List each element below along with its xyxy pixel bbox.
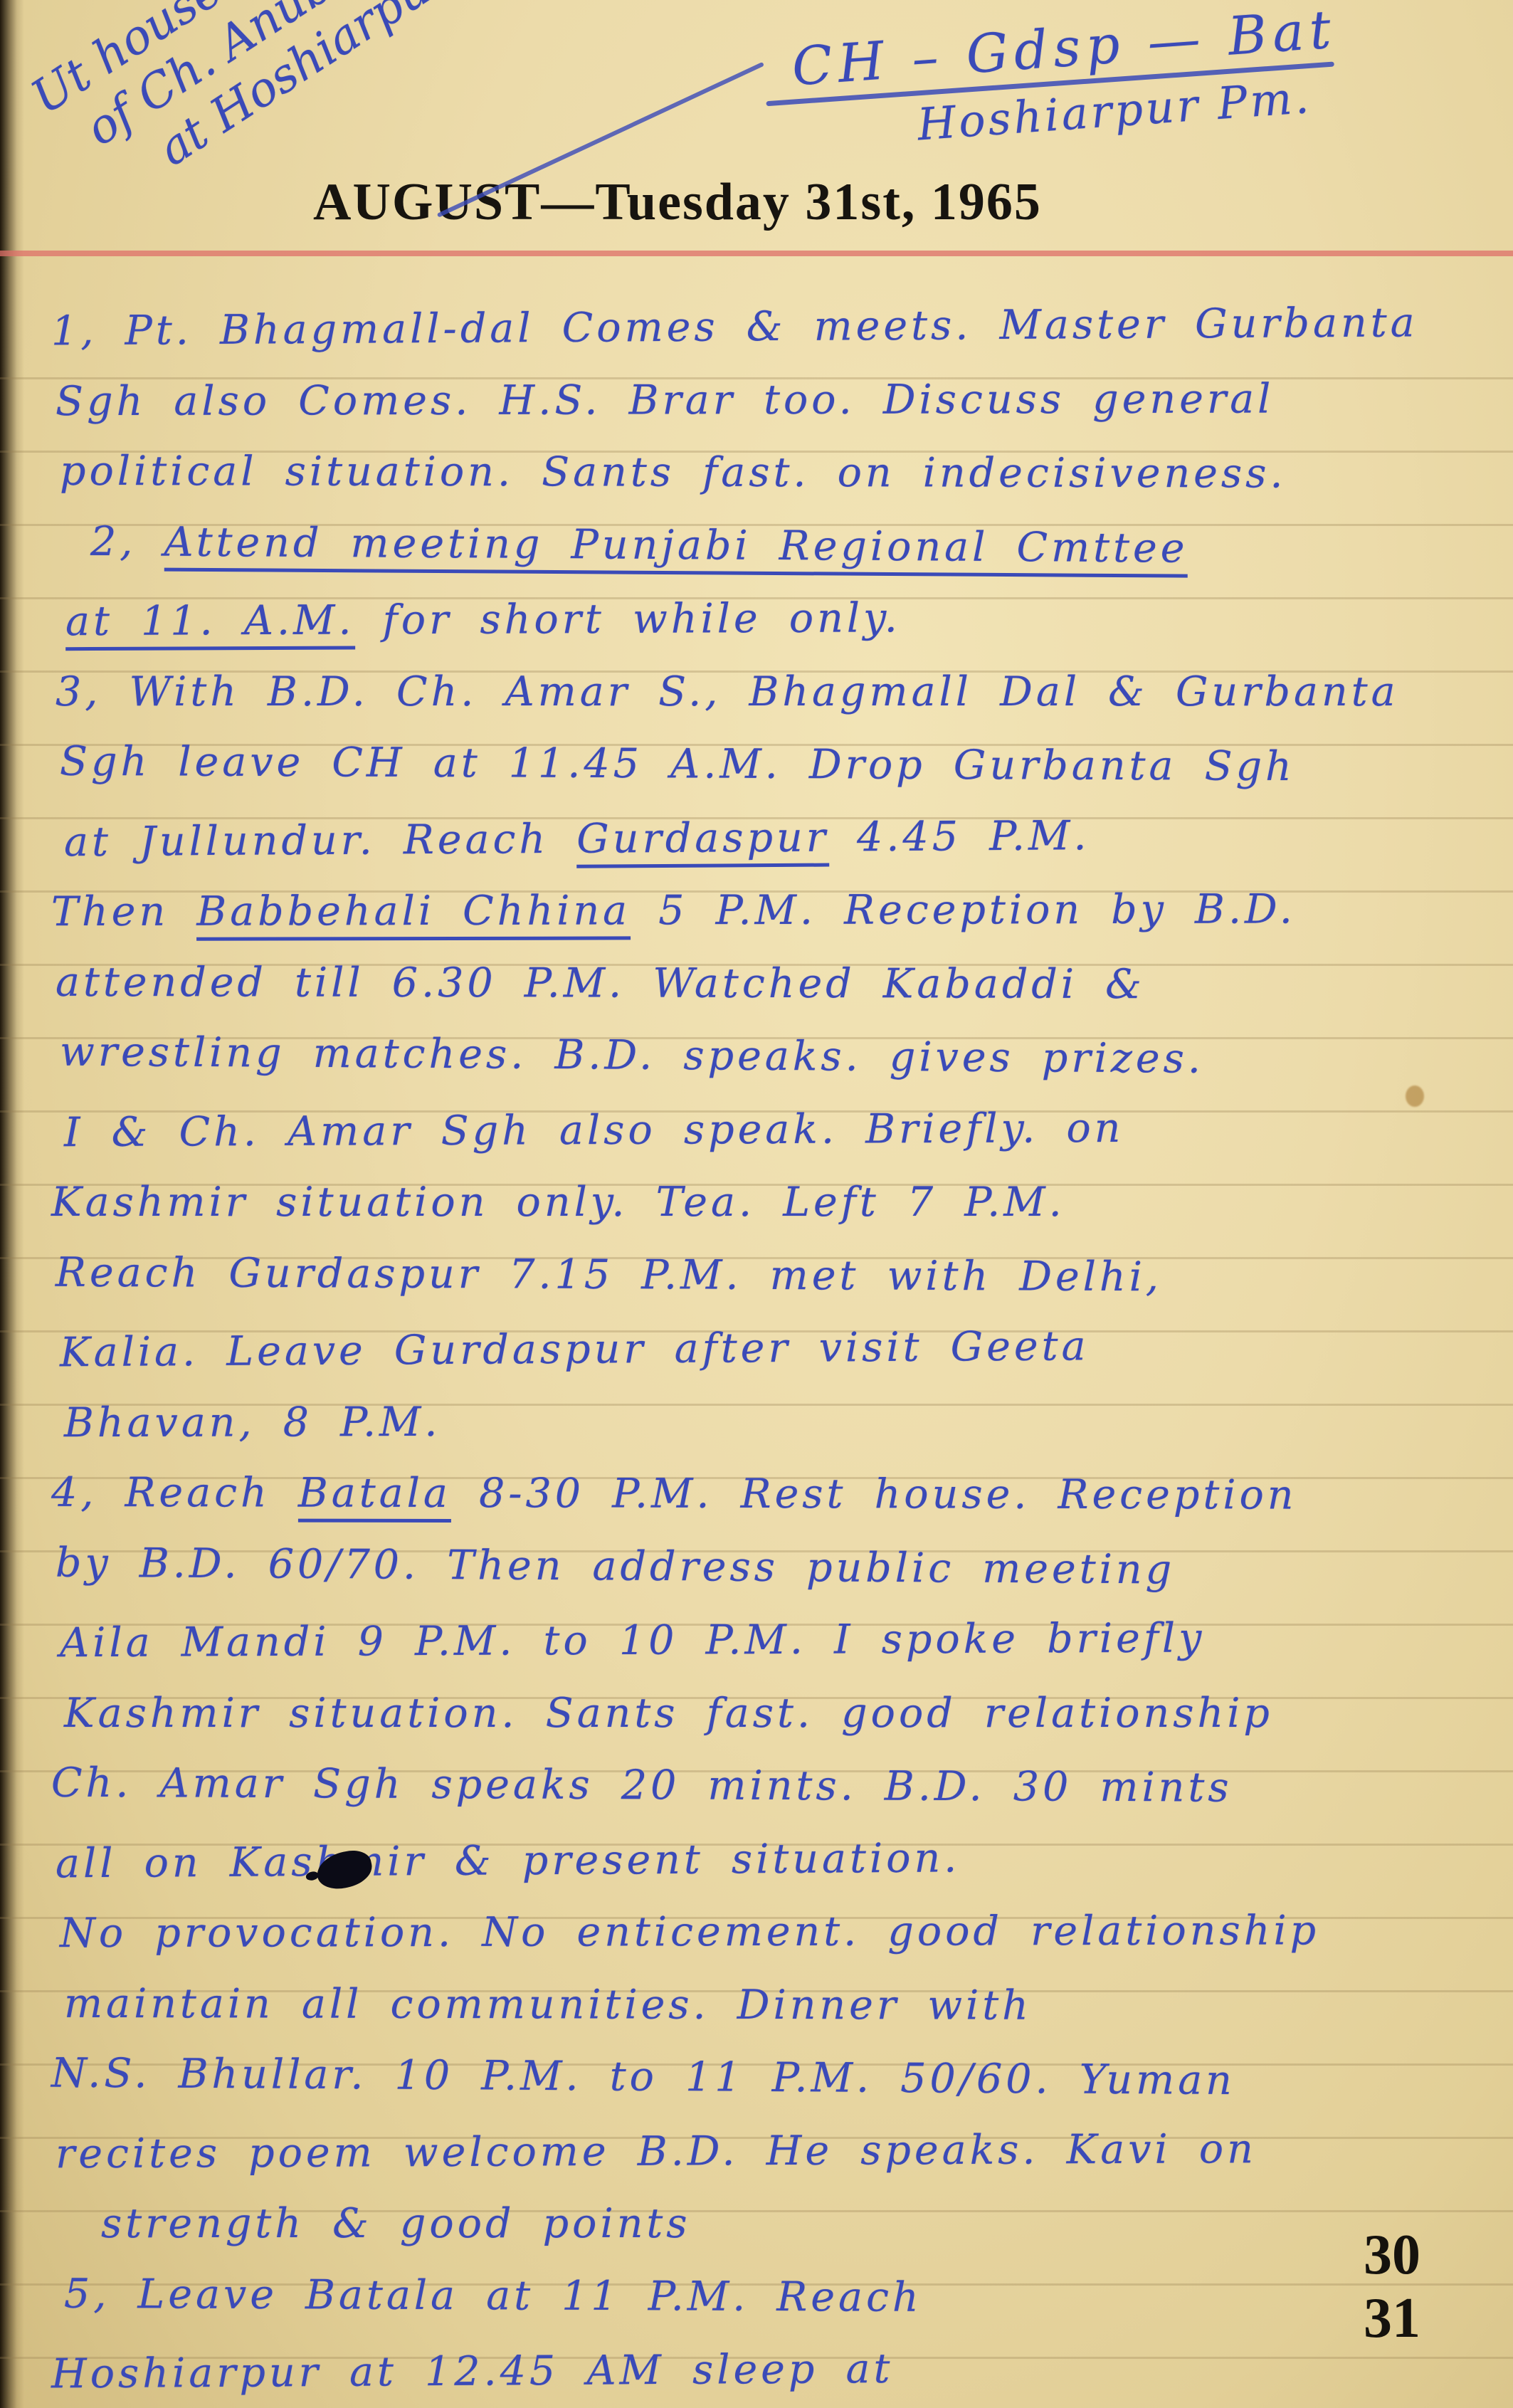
printed-date-header: AUGUST—Tuesday 31st, 1965 [313,172,1042,233]
handwritten-annotation-top-right: CH – Gdsp — Bat Hoshiarpur Pm. [761,0,1508,161]
entry-line: strength & good points [101,2187,1513,2261]
entry-line: Ch. Amar Sgh speaks 20 mints. B.D. 30 mi… [51,1747,1506,1826]
entry-line: attended till 6.30 P.M. Watched Kabaddi … [56,945,1510,1021]
entry-line: wrestling matches. B.D. speaks. gives pr… [60,1016,1513,1098]
entry-line: Kalia. Leave Gurdaspur after visit Geeta [60,1308,1513,1389]
entry-line: recites poem welcome B.D. He speaks. Kav… [56,2111,1510,2190]
page-number-bottom: 31 [1364,2287,1420,2351]
page-number-top: 30 [1364,2224,1420,2288]
entry-line: Kashmir situation only. Tea. Left 7 P.M. [51,1166,1506,1239]
red-rule-divider [0,251,1513,256]
entry-line: N.S. Bhullar. 10 P.M. to 11 P.M. 50/60. … [51,2037,1507,2119]
entry-line: 3, With B.D. Ch. Amar S., Bhagmall Dal &… [56,656,1510,729]
entry-line: Reach Gurdaspur 7.15 P.M. met with Delhi… [56,1236,1510,1315]
entry-line: at 11. A.M. for short while only. [65,579,1513,658]
entry-line: 1, Pt. Bhagmall-dal Comes & meets. Maste… [51,286,1507,368]
entry-line: at Jullundur. Reach Gurdaspur 4.45 P.M. [64,796,1513,878]
entry-line: Hoshiarpur at 12.45 AM sleep at [51,2329,1507,2408]
entry-line: Kashmir situation. Sants fast. good rela… [64,1677,1513,1750]
entry-line: I & Ch. Amar Sgh also speak. Briefly. on [64,1090,1513,1169]
entry-line: No provocation. No enticement. good rela… [60,1894,1513,1970]
entry-line: Bhavan, 8 P.M. [64,1383,1513,1459]
diary-page: AUGUST—Tuesday 31st, 1965 Ut house of Ch… [0,0,1513,2408]
entry-line: maintain all communities. Dinner with [64,1967,1513,2043]
entry-line: 4, Reach Batala 8-30 P.M. Rest house. Re… [51,1456,1506,1532]
diary-entry-text: 1, Pt. Bhagmall-dal Comes & meets. Maste… [51,290,1506,2407]
entry-line: 5, Leave Batala at 11 P.M. Reach [64,2257,1513,2336]
entry-line: Sgh leave CH at 11.45 A.M. Drop Gurbanta… [60,725,1513,804]
entry-line: 2, Attend meeting Punjabi Regional Cmtte… [90,505,1513,587]
entry-line: Aila Mandi 9 P.M. to 10 P.M. I spoke bri… [60,1601,1513,1680]
page-numbers: 30 31 [1364,2224,1420,2351]
entry-line: political situation. Sants fast. on inde… [60,435,1513,511]
paper-stain [1406,1085,1424,1107]
entry-line: Sgh also Comes. H.S. Brar too. Discuss g… [56,362,1510,438]
entry-line: all on Kashmir & present situation. [56,1818,1511,1900]
entry-line: Then Babbehali Chhina 5 P.M. Reception b… [51,873,1506,949]
entry-line: by B.D. 60/70. Then address public meeti… [56,1526,1511,1608]
